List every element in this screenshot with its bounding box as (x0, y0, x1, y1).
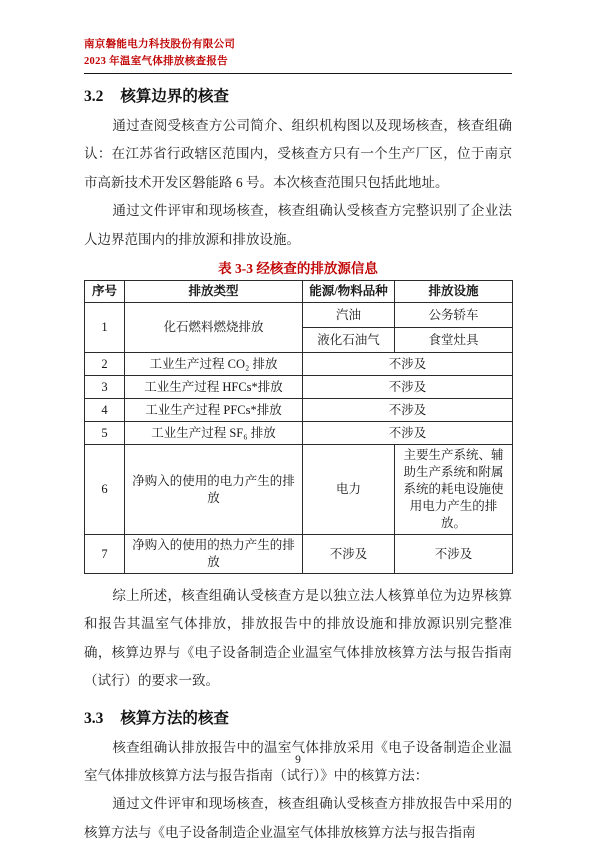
section-heading-3-2: 3.2核算边界的核查 (84, 84, 512, 106)
cell-type: 工业生产过程 SF₆ 排放 (125, 422, 303, 445)
cell-type: 化石燃料燃烧排放 (125, 303, 303, 353)
document-header: 南京磐能电力科技股份有限公司 2023 年温室气体排放核查报告 (84, 36, 512, 70)
table-header-row: 序号 排放类型 能源/物料品种 排放设施 (85, 281, 513, 303)
cell-type: 工业生产过程 PFCs*排放 (125, 399, 303, 422)
table-row-3: 3 工业生产过程 HFCs*排放 不涉及 (85, 376, 513, 399)
col-header-no: 序号 (85, 281, 125, 303)
table-row-5: 5 工业生产过程 SF₆ 排放 不涉及 (85, 422, 513, 445)
paragraph-boundary-2: 通过文件评审和现场核查，核查组确认受核查方完整识别了企业法人边界范围内的排放源和… (84, 197, 512, 254)
col-header-facility: 排放设施 (395, 281, 513, 303)
section-title: 核算方法的核查 (120, 710, 229, 727)
table-row-7: 7 净购入的使用的热力产生的排放 不涉及 不涉及 (85, 535, 513, 574)
page-content: 南京磐能电力科技股份有限公司 2023 年温室气体排放核查报告 3.2核算边界的… (84, 36, 512, 842)
cell-facility: 主要生产系统、辅助生产系统和附属系统的耗电设施使用电力产生的排放。 (395, 445, 513, 535)
page-number: 9 (84, 754, 512, 766)
cell-facility: 公务轿车 (395, 303, 513, 328)
section-number: 3.3 (84, 710, 103, 728)
col-header-energy: 能源/物料品种 (303, 281, 395, 303)
col-header-type: 排放类型 (125, 281, 303, 303)
section-heading-3-3: 3.3核算方法的核查 (84, 706, 512, 728)
cell-merged: 不涉及 (303, 422, 513, 445)
report-title: 2023 年温室气体排放核查报告 (84, 53, 512, 70)
cell-energy: 液化石油气 (303, 328, 395, 353)
cell-no: 2 (85, 353, 125, 376)
cell-merged: 不涉及 (303, 353, 513, 376)
emissions-source-table: 序号 排放类型 能源/物料品种 排放设施 1 化石燃料燃烧排放 汽油 公务轿车 … (84, 280, 513, 574)
cell-no: 3 (85, 376, 125, 399)
table-caption: 表 3-3 经核查的排放源信息 (84, 257, 512, 277)
paragraph-method-2: 通过文件评审和现场核查，核查组确认受核查方排放报告中采用的核算方法与《电子设备制… (84, 790, 512, 842)
cell-merged: 不涉及 (303, 376, 513, 399)
header-rule (84, 73, 512, 74)
cell-type: 净购入的使用的热力产生的排放 (125, 535, 303, 574)
table-row-1a: 1 化石燃料燃烧排放 汽油 公务轿车 (85, 303, 513, 328)
table-row-6: 6 净购入的使用的电力产生的排放 电力 主要生产系统、辅助生产系统和附属系统的耗… (85, 445, 513, 535)
cell-type: 工业生产过程 HFCs*排放 (125, 376, 303, 399)
cell-energy: 电力 (303, 445, 395, 535)
section-title: 核算边界的核查 (120, 88, 229, 105)
cell-facility: 食堂灶具 (395, 328, 513, 353)
cell-no: 4 (85, 399, 125, 422)
table-row-2: 2 工业生产过程 CO₂ 排放 不涉及 (85, 353, 513, 376)
cell-no: 5 (85, 422, 125, 445)
cell-energy: 不涉及 (303, 535, 395, 574)
cell-no: 7 (85, 535, 125, 574)
document-page: 南京磐能电力科技股份有限公司 2023 年温室气体排放核查报告 3.2核算边界的… (0, 0, 595, 842)
cell-no: 6 (85, 445, 125, 535)
cell-type: 净购入的使用的电力产生的排放 (125, 445, 303, 535)
table-row-4: 4 工业生产过程 PFCs*排放 不涉及 (85, 399, 513, 422)
cell-energy: 汽油 (303, 303, 395, 328)
section-number: 3.2 (84, 88, 103, 106)
cell-type: 工业生产过程 CO₂ 排放 (125, 353, 303, 376)
cell-facility: 不涉及 (395, 535, 513, 574)
company-name: 南京磐能电力科技股份有限公司 (84, 36, 512, 53)
paragraph-boundary-1: 通过查阅受核查方公司简介、组织机构图以及现场核查，核查组确认：在江苏省行政辖区范… (84, 112, 512, 197)
cell-no: 1 (85, 303, 125, 353)
cell-merged: 不涉及 (303, 399, 513, 422)
paragraph-boundary-conclusion: 综上所述，核查组确认受核查方是以独立法人核算单位为边界核算和报告其温室气体排放，… (84, 582, 512, 696)
